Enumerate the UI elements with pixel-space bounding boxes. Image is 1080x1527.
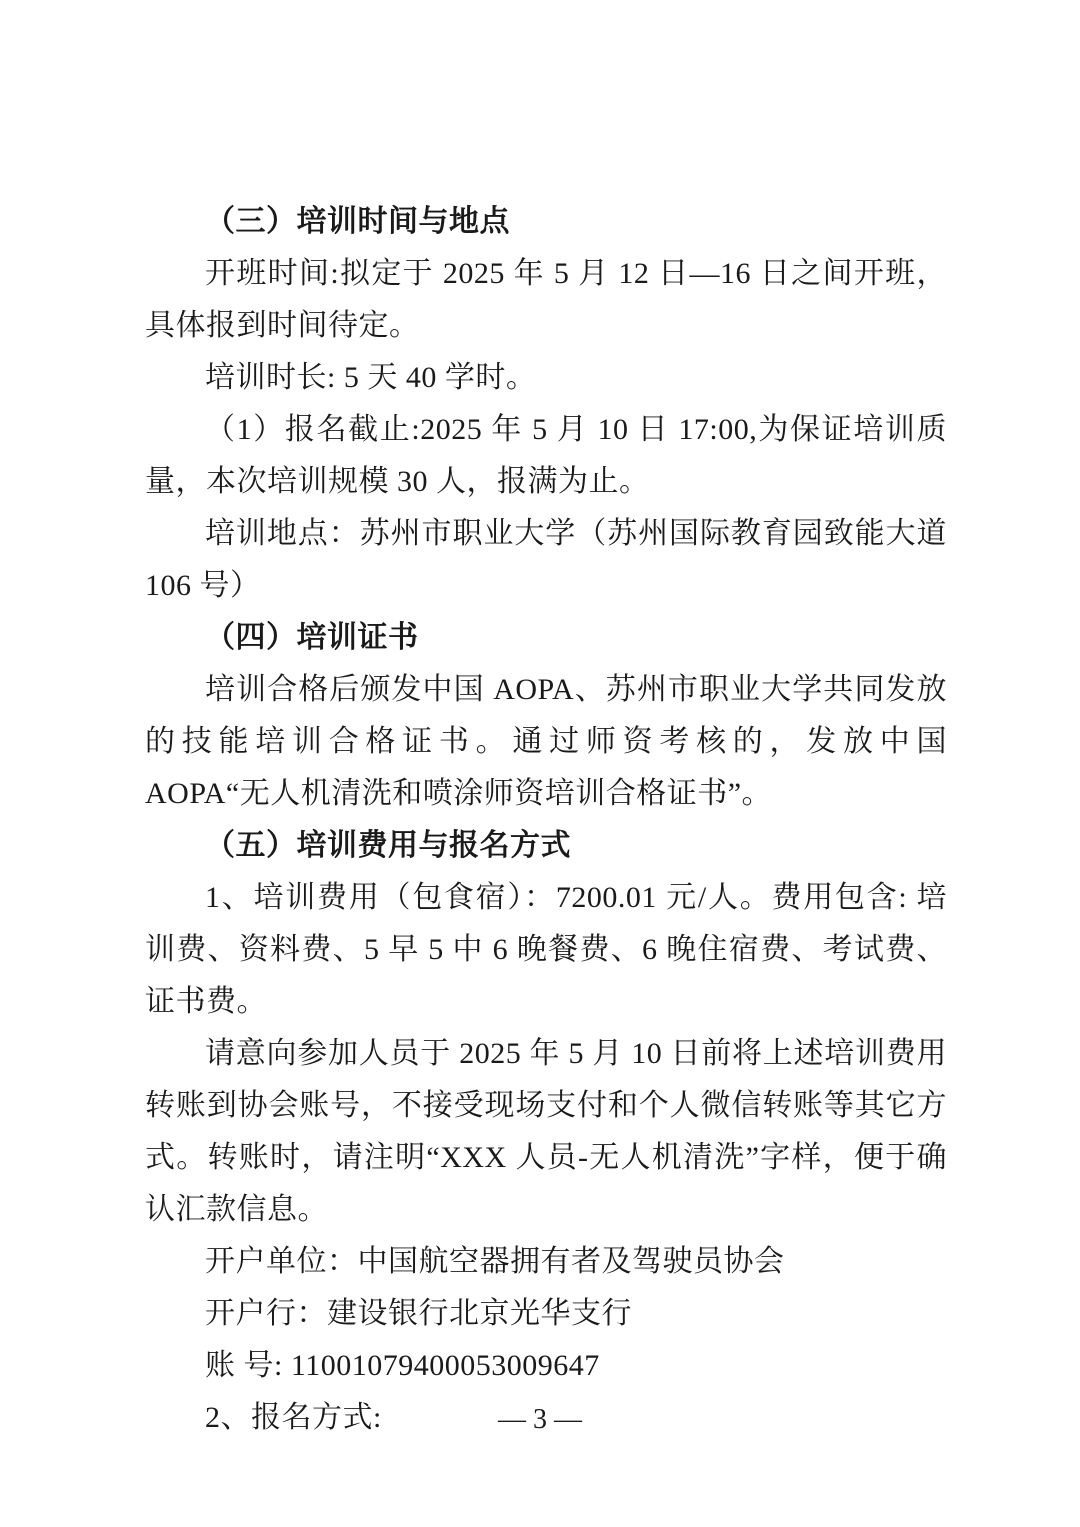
body-paragraph: 请意向参加人员于 2025 年 5 月 10 日前将上述培训费用转账到协会账号，… xyxy=(145,1028,947,1236)
body-paragraph: 培训时长: 5 天 40 学时。 xyxy=(145,352,947,404)
section-heading: （四）培训证书 xyxy=(145,612,947,664)
body-paragraph: 开户单位：中国航空器拥有者及驾驶员协会 xyxy=(145,1236,947,1288)
body-paragraph: 账 号: 11001079400053009647 xyxy=(145,1340,947,1392)
page-number: — 3 — xyxy=(0,1400,1080,1440)
body-paragraph: 开班时间:拟定于 2025 年 5 月 12 日—16 日之间开班，具体报到时间… xyxy=(145,248,947,352)
body-paragraph: 开户行：建设银行北京光华支行 xyxy=(145,1288,947,1340)
body-paragraph: （1）报名截止:2025 年 5 月 10 日 17:00,为保证培训质量，本次… xyxy=(145,404,947,508)
section-heading: （三）培训时间与地点 xyxy=(145,196,947,248)
body-paragraph: 1、培训费用（包食宿）：7200.01 元/人。费用包含: 培训费、资料费、5 … xyxy=(145,872,947,1028)
body-paragraph: 培训合格后颁发中国 AOPA、苏州市职业大学共同发放的技能培训合格证书。通过师资… xyxy=(145,664,947,820)
section-heading: （五）培训费用与报名方式 xyxy=(145,820,947,872)
document-page: （三）培训时间与地点开班时间:拟定于 2025 年 5 月 12 日—16 日之… xyxy=(0,0,1080,1527)
document-body: （三）培训时间与地点开班时间:拟定于 2025 年 5 月 12 日—16 日之… xyxy=(145,196,947,1444)
body-paragraph: 培训地点：苏州市职业大学（苏州国际教育园致能大道 106 号） xyxy=(145,508,947,612)
